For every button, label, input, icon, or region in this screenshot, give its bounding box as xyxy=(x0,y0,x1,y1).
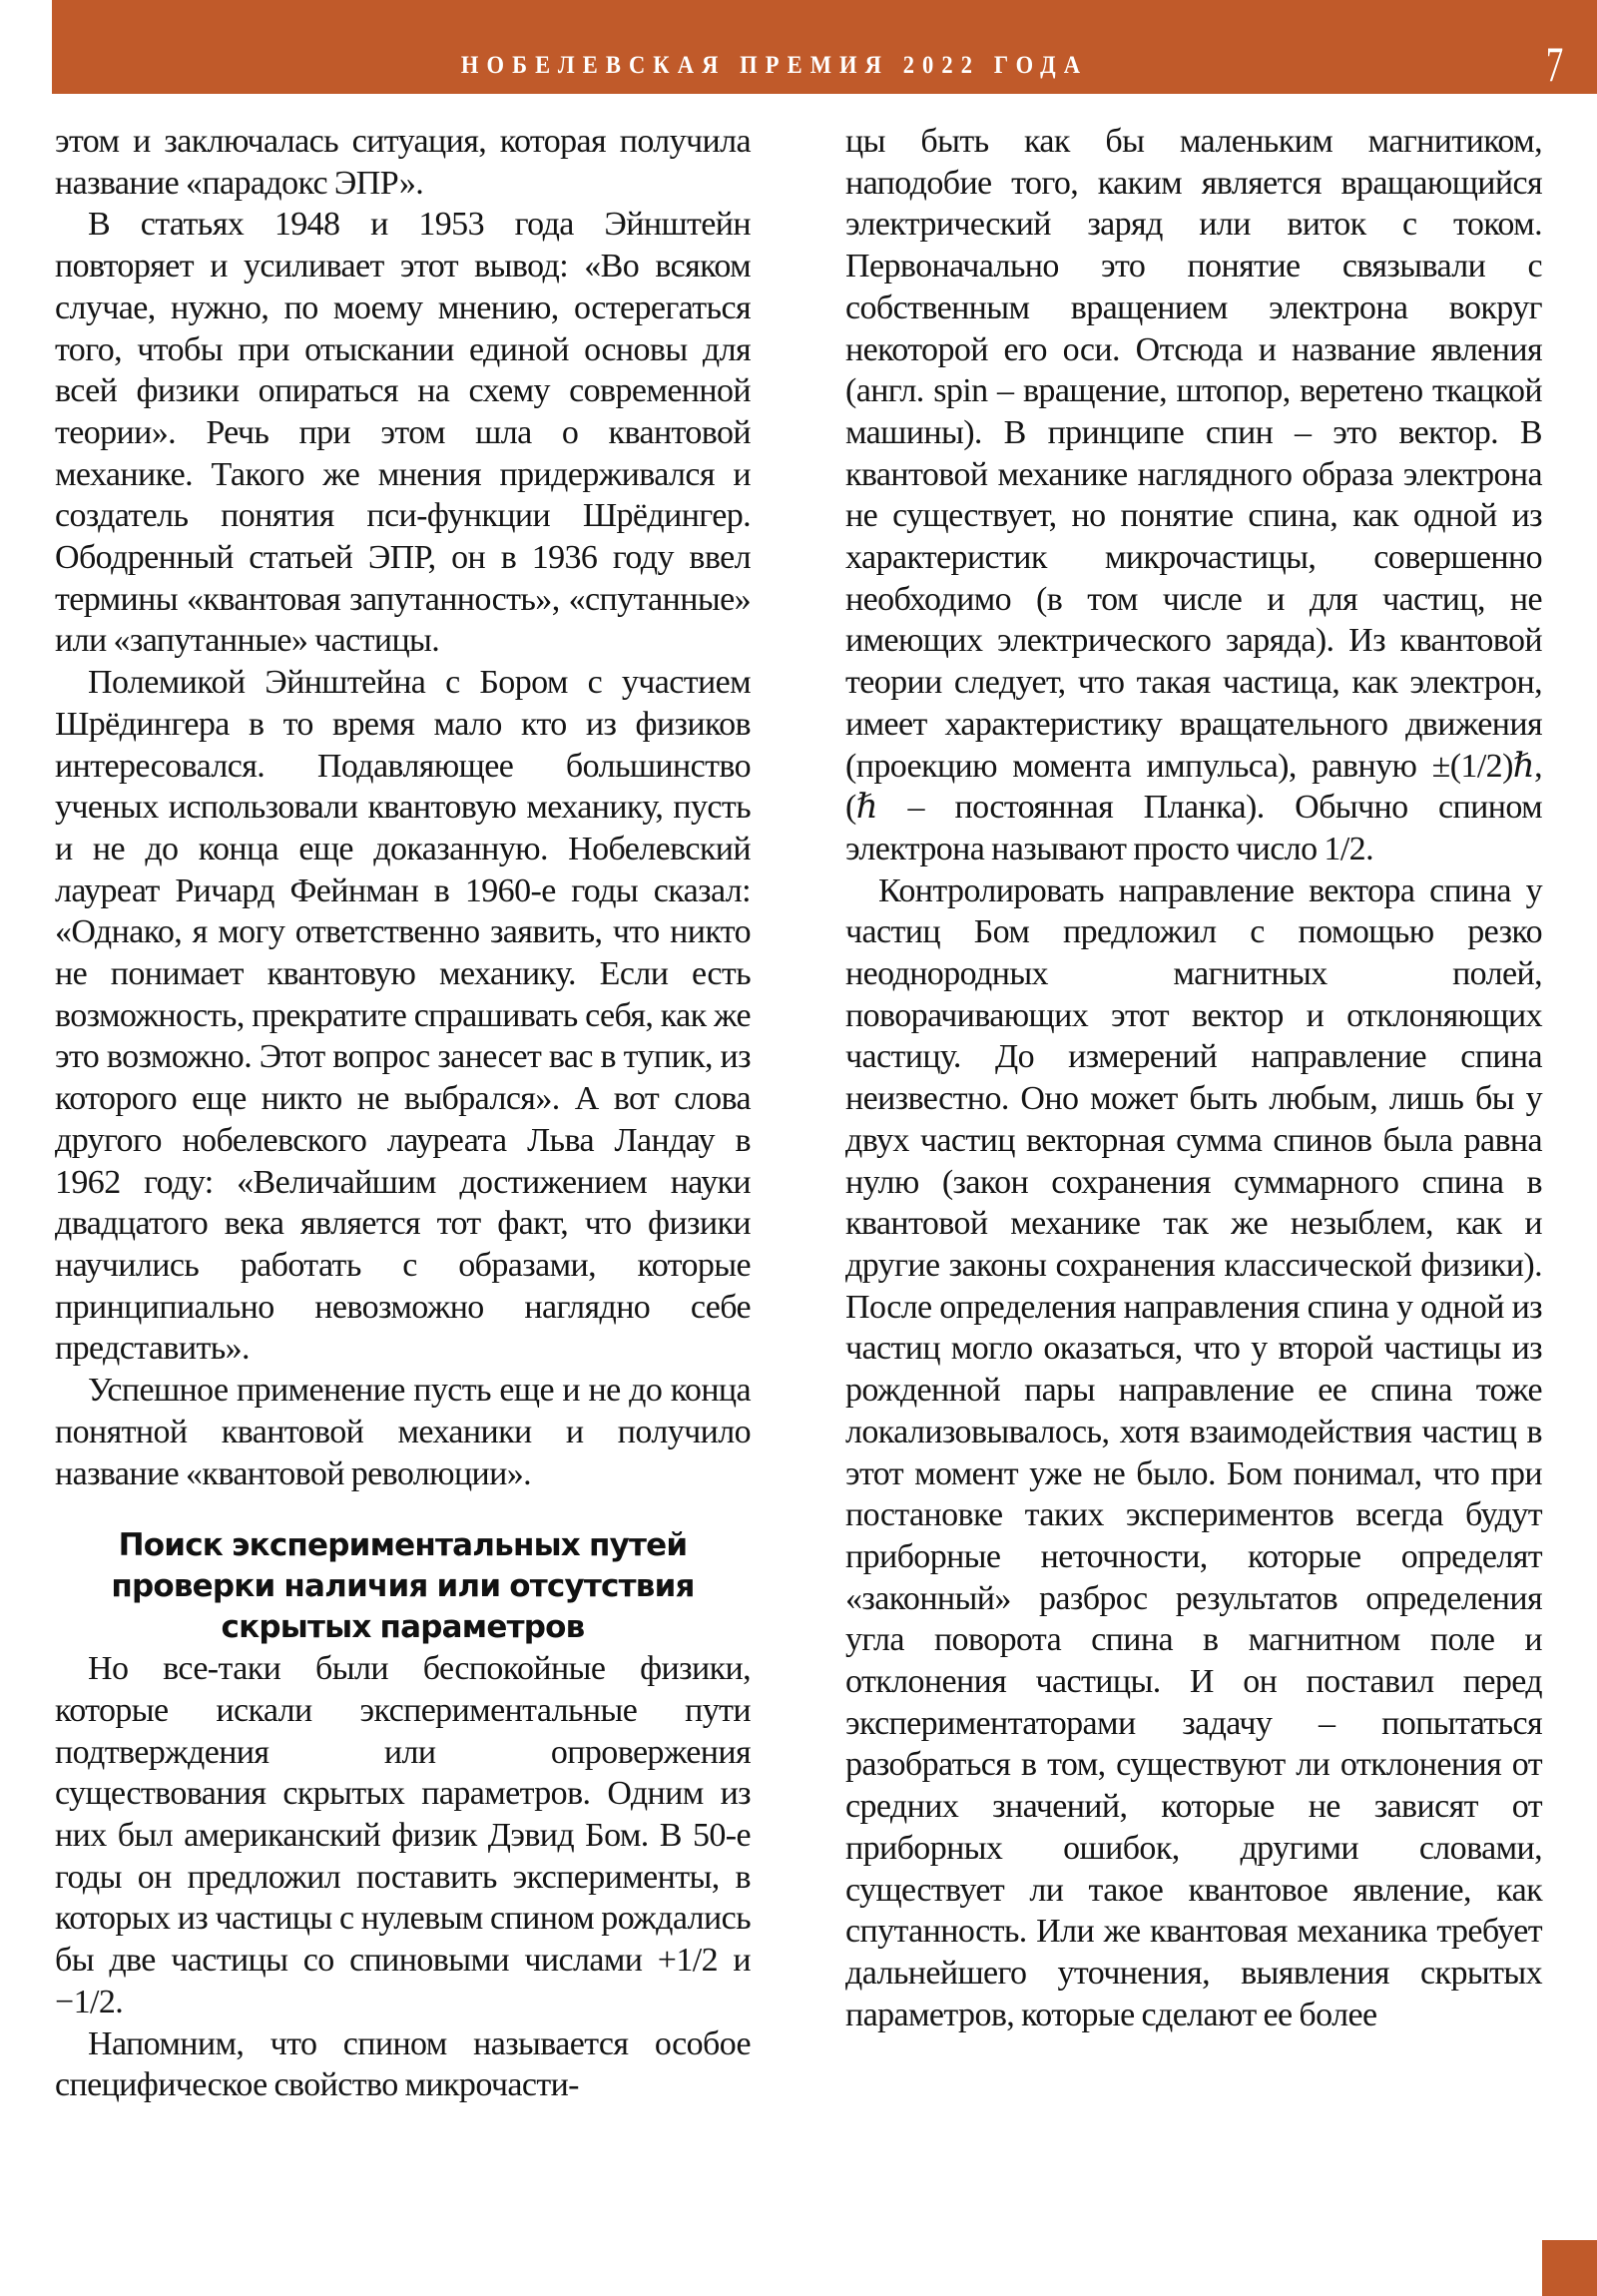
paragraph: В статьях 1948 и 1953 года Эйнштейн повт… xyxy=(55,204,751,662)
section-heading-line: Поиск экспериментальных путей xyxy=(55,1525,751,1566)
running-header-title: НОБЕЛЕВСКАЯ ПРЕМИЯ 2022 ГОДА xyxy=(124,46,1424,86)
paragraph: этом и заключалась ситуация, которая пол… xyxy=(55,121,751,204)
paragraph: Контролировать направление вектора спина… xyxy=(845,870,1542,2036)
paragraph: Но все-таки были беспокойные физики, кот… xyxy=(55,1648,751,2022)
left-text-column: этом и заключалась ситуация, которая пол… xyxy=(55,121,751,2106)
page-header-band: НОБЕЛЕВСКАЯ ПРЕМИЯ 2022 ГОДА 7 xyxy=(52,0,1597,94)
page-number: 7 xyxy=(1546,36,1564,92)
paragraph: цы быть как бы маленьким магнитиком, нап… xyxy=(845,121,1542,870)
section-heading: Поиск экспериментальных путей проверки н… xyxy=(55,1525,751,1648)
paragraph: Успешное применение пусть еще и не до ко… xyxy=(55,1370,751,1494)
page-corner-accent xyxy=(1542,2240,1597,2296)
paragraph: Напомним, что спином называется особое с… xyxy=(55,2023,751,2106)
section-heading-line: проверки наличия или отсутствия xyxy=(55,1566,751,1607)
right-text-column: цы быть как бы маленьким магнитиком, нап… xyxy=(845,121,1542,2035)
paragraph: Полемикой Эйнштейна с Бором с участием Ш… xyxy=(55,662,751,1370)
section-heading-line: скрытых параметров xyxy=(55,1607,751,1648)
